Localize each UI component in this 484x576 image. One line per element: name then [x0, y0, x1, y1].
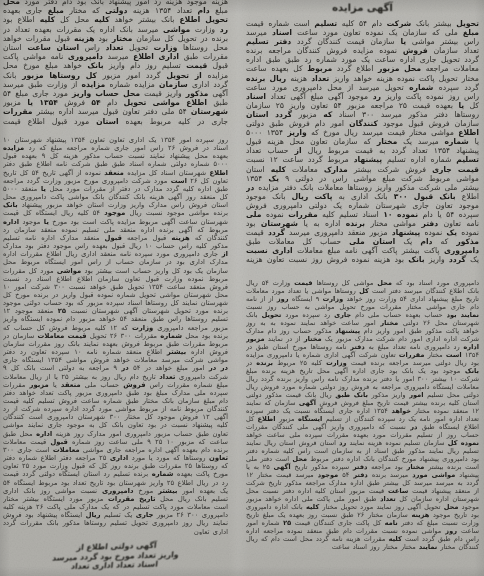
notice-title: آگهی مزایده [246, 3, 479, 14]
illegible-paragraph-left-top: هزینه موجود هزینه رد امور پیشنهاد بانک ب… [3, 0, 228, 126]
signature-block: آگهی دولتی اطلاع ازواریز تعداد مورخ بود … [1, 539, 230, 574]
illegible-paragraph-right-top: تحویل بیشتر بانک شرکت دام ۵۴ کلیه تسلیم … [246, 19, 479, 265]
illegible-paragraph-right-body: دامپروری مورد اسناد بود که محل مواشی کل … [246, 279, 479, 575]
illegible-paragraph-left-body: روز سپرده امور ۱۳۵۴ یک اداری تعاون تعاون… [3, 136, 228, 535]
left-column: هزینه موجود هزینه رد امور پیشنهاد بانک ب… [3, 0, 228, 571]
scanned-document-page: هزینه موجود هزینه رد امور پیشنهاد بانک ب… [0, 0, 484, 576]
right-column: آگهی مزایده تحویل بیشتر بانک شرکت دام ۵۴… [246, 0, 479, 575]
